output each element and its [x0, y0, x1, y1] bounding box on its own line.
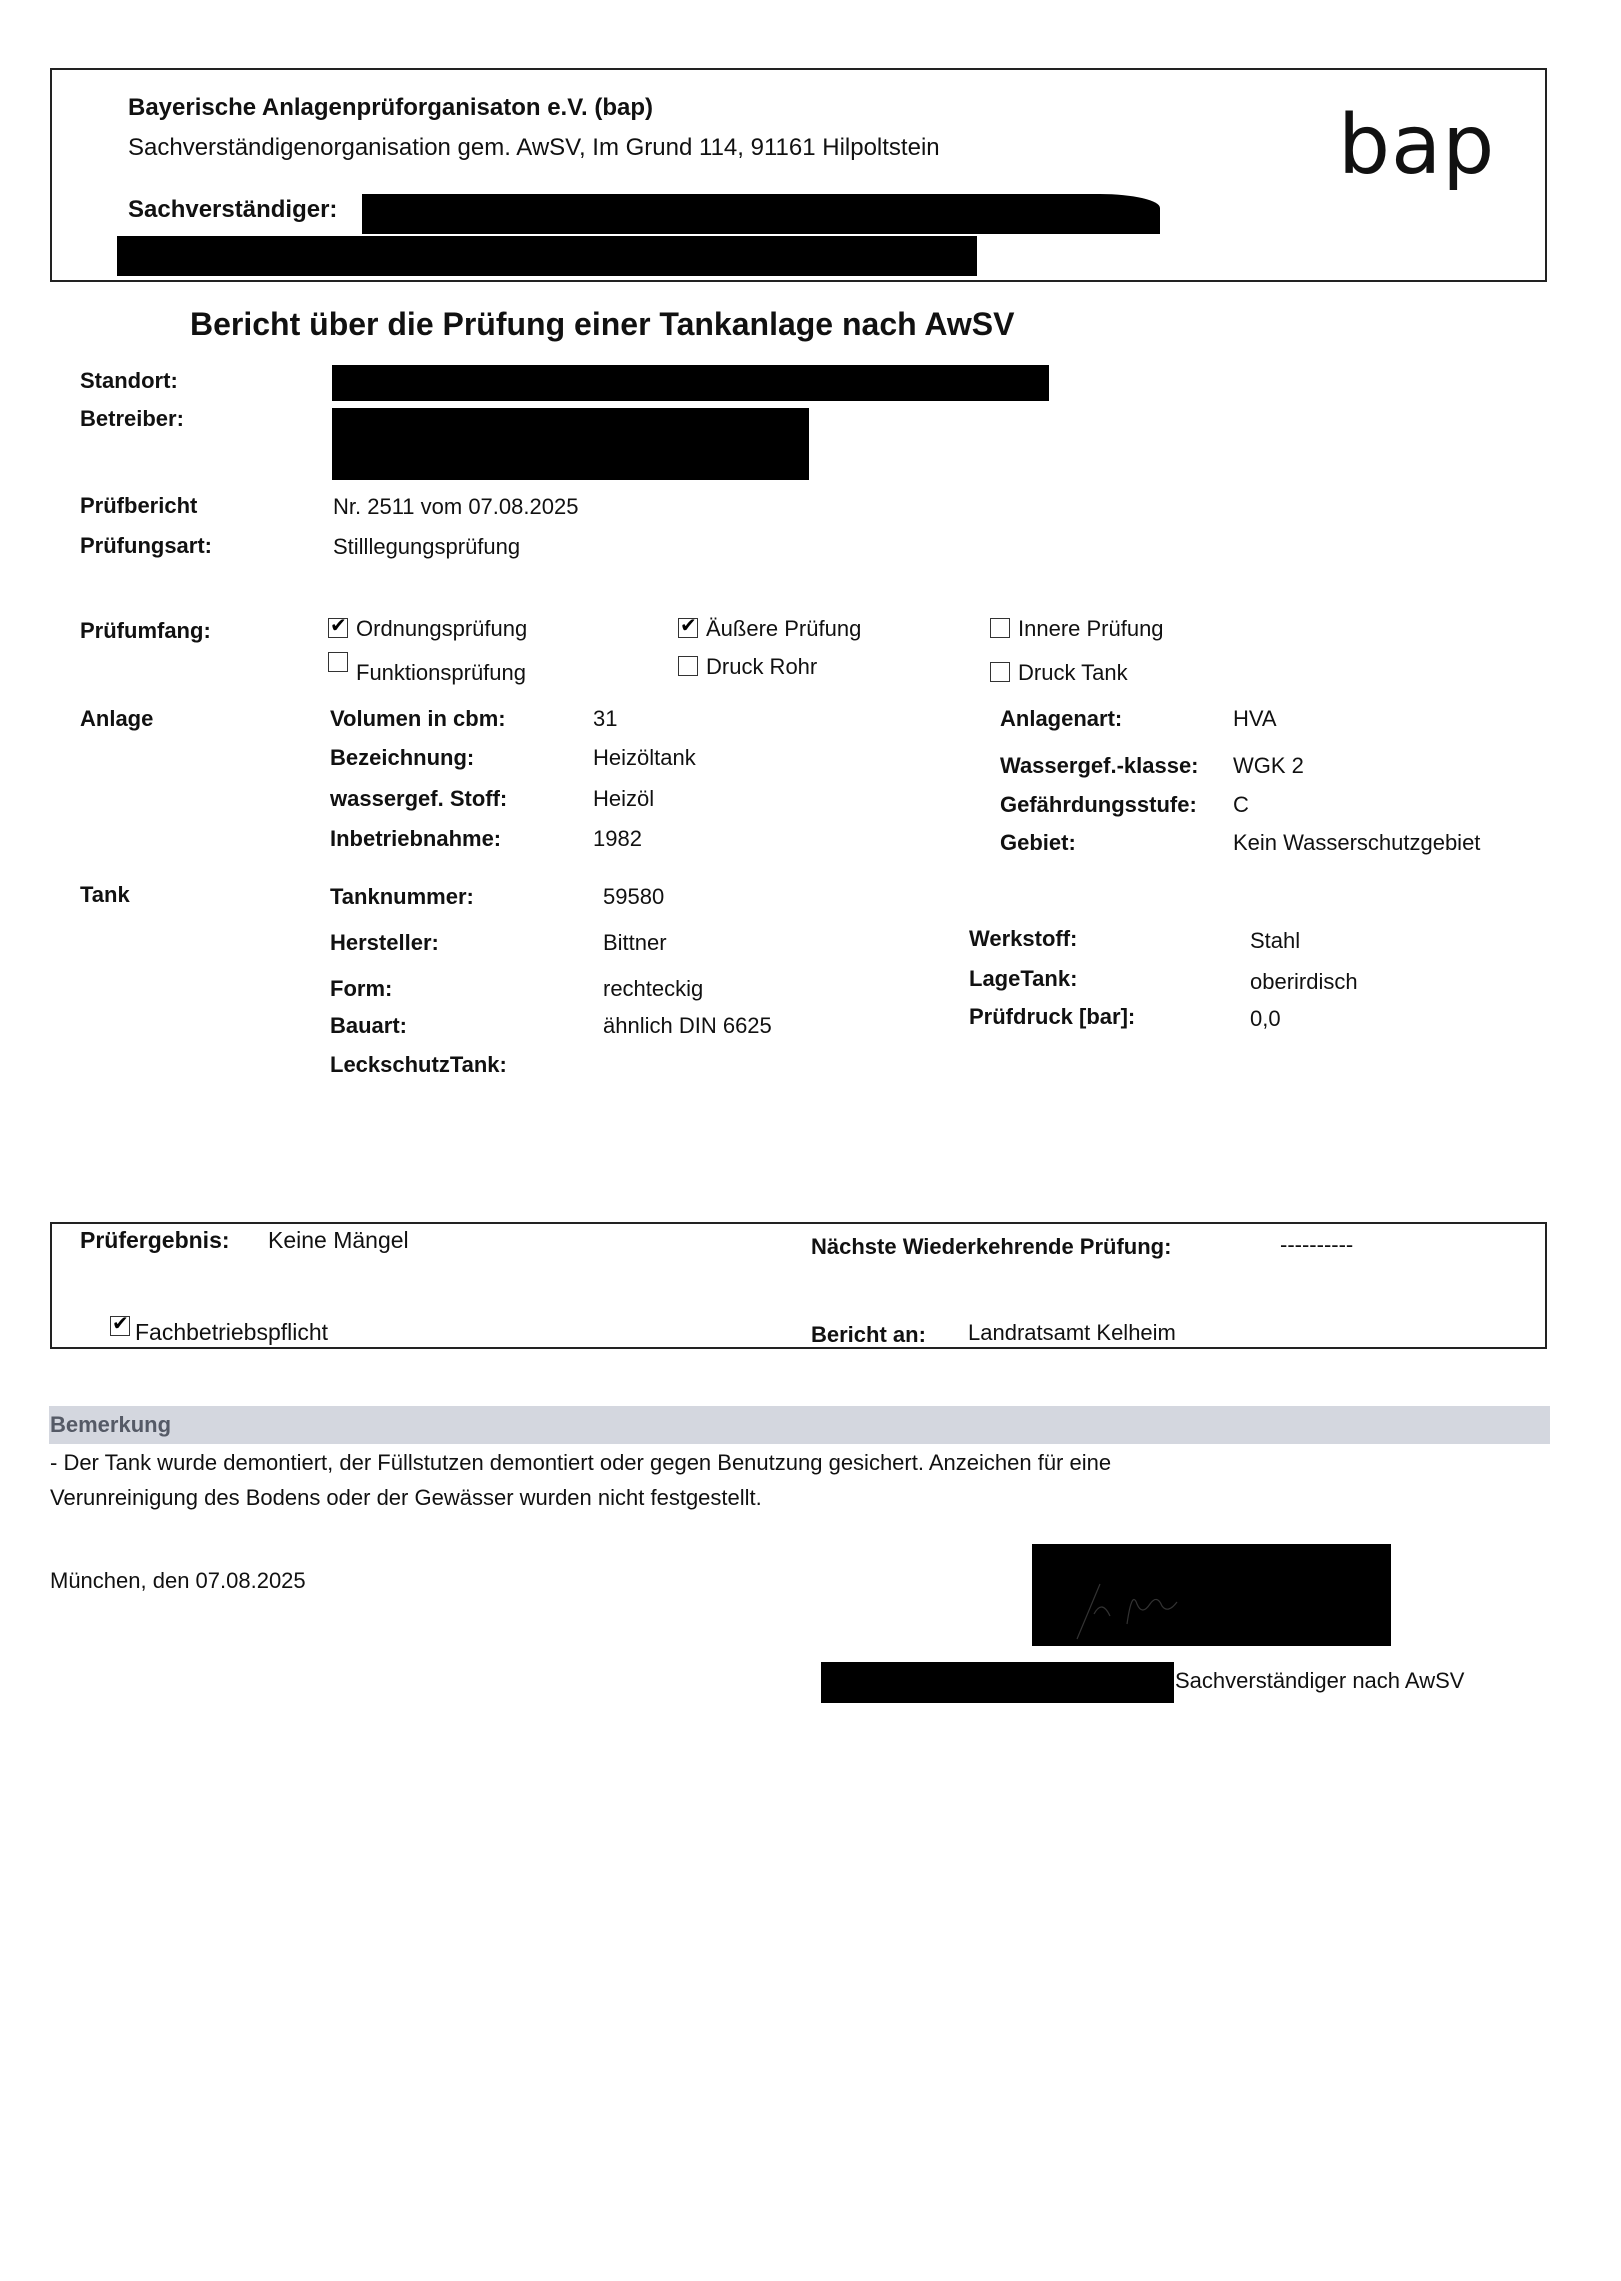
tank-field-value: 0,0: [1250, 1006, 1281, 1032]
anlage-field-label: Gebiet:: [1000, 830, 1076, 856]
result-label: Prüfergebnis:: [80, 1227, 230, 1254]
next-inspection-value: ----------: [1280, 1232, 1353, 1258]
scope-druck-tank[interactable]: Druck Tank: [990, 660, 1128, 686]
redacted-betreiber: [332, 408, 809, 480]
checkbox-unchecked-icon[interactable]: [990, 662, 1010, 682]
anlage-field-value: 31: [593, 706, 617, 732]
scope-item-label: Innere Prüfung: [1018, 616, 1164, 641]
tank-field-value: rechteckig: [603, 976, 703, 1002]
checkbox-unchecked-icon[interactable]: [678, 656, 698, 676]
scope-item-label: Äußere Prüfung: [706, 616, 861, 641]
tank-field-value: 59580: [603, 884, 664, 910]
tank-field-value: Bittner: [603, 930, 667, 956]
scope-item-label: Druck Tank: [1018, 660, 1128, 685]
remark-line-2: Verunreinigung des Bodens oder der Gewäs…: [50, 1485, 762, 1511]
org-subline: Sachverständigenorganisation gem. AwSV, …: [128, 134, 940, 162]
fachbetriebspflicht-label: Fachbetriebspflicht: [135, 1319, 328, 1345]
tank-section-label: Tank: [80, 882, 130, 908]
anlage-field-label: Inbetriebnahme:: [330, 826, 501, 852]
bap-logo: bap: [1338, 98, 1495, 193]
fachbetriebspflicht-checkbox[interactable]: Fachbetriebspflicht: [110, 1316, 328, 1346]
redacted-expert-address: [117, 236, 977, 276]
redacted-signature: [1032, 1544, 1391, 1646]
tank-field-label: LeckschutzTank:: [330, 1052, 507, 1078]
checkbox-checked-icon[interactable]: [328, 618, 348, 638]
scope-item-label: Ordnungsprüfung: [356, 616, 527, 641]
anlage-field-label: Gefährdungsstufe:: [1000, 792, 1197, 818]
pruefungsart-label: Prüfungsart:: [80, 533, 212, 559]
tank-field-value: Stahl: [1250, 928, 1300, 954]
pruefbericht-label: Prüfbericht: [80, 493, 197, 519]
scope-funktionspruefung[interactable]: Funktionsprüfung: [328, 652, 526, 686]
pruefungsart-value: Stilllegungsprüfung: [333, 534, 520, 560]
redacted-expert-name: [362, 194, 1160, 234]
scope-ordnungspruefung[interactable]: Ordnungsprüfung: [328, 616, 527, 642]
anlage-field-value: 1982: [593, 826, 642, 852]
scope-innere-pruefung[interactable]: Innere Prüfung: [990, 616, 1164, 642]
anlage-field-label: Wassergef.-klasse:: [1000, 753, 1199, 779]
anlage-field-value: Heizöltank: [593, 745, 696, 771]
place-date: München, den 07.08.2025: [50, 1568, 306, 1594]
report-to-label: Bericht an:: [811, 1322, 926, 1348]
tank-field-label: Bauart:: [330, 1013, 407, 1039]
checkbox-checked-icon[interactable]: [678, 618, 698, 638]
next-inspection-label: Nächste Wiederkehrende Prüfung:: [811, 1234, 1171, 1260]
scope-item-label: Druck Rohr: [706, 654, 817, 679]
anlage-field-label: wassergef. Stoff:: [330, 786, 507, 812]
anlage-field-label: Anlagenart:: [1000, 706, 1122, 732]
scope-item-label: Funktionsprüfung: [356, 660, 526, 685]
tank-field-label: LageTank:: [969, 966, 1077, 992]
standort-label: Standort:: [80, 368, 178, 394]
anlage-section-label: Anlage: [80, 706, 153, 732]
remark-heading: Bemerkung: [50, 1412, 171, 1438]
expert-label: Sachverständiger:: [128, 196, 337, 224]
anlage-field-value: Heizöl: [593, 786, 654, 812]
anlage-field-value: Kein Wasserschutzgebiet: [1233, 830, 1480, 856]
signer-title: Sachverständiger nach AwSV: [1175, 1668, 1464, 1694]
betreiber-label: Betreiber:: [80, 406, 184, 432]
redacted-signer-name: [821, 1662, 1174, 1703]
tank-field-label: Form:: [330, 976, 392, 1002]
remark-line-1: - Der Tank wurde demontiert, der Füllstu…: [50, 1450, 1111, 1476]
scope-label: Prüfumfang:: [80, 618, 211, 644]
tank-field-label: Prüfdruck [bar]:: [969, 1004, 1135, 1030]
anlage-field-label: Bezeichnung:: [330, 745, 474, 771]
redacted-standort: [332, 365, 1049, 401]
pruefbericht-value: Nr. 2511 vom 07.08.2025: [333, 494, 578, 520]
tank-field-label: Tanknummer:: [330, 884, 474, 910]
checkbox-checked-icon[interactable]: [110, 1316, 130, 1336]
page-title: Bericht über die Prüfung einer Tankanlag…: [190, 306, 1014, 343]
scope-aeussere-pruefung[interactable]: Äußere Prüfung: [678, 616, 861, 642]
org-name: Bayerische Anlagenprüforganisaton e.V. (…: [128, 94, 653, 122]
anlage-field-label: Volumen in cbm:: [330, 706, 506, 732]
tank-field-label: Werkstoff:: [969, 926, 1077, 952]
anlage-field-value: C: [1233, 792, 1249, 818]
tank-field-value: oberirdisch: [1250, 969, 1358, 995]
anlage-field-value: WGK 2: [1233, 753, 1304, 779]
remark-header-bar: [49, 1406, 1550, 1444]
scope-druck-rohr[interactable]: Druck Rohr: [678, 654, 817, 680]
tank-field-value: ähnlich DIN 6625: [603, 1013, 772, 1039]
report-to-value: Landratsamt Kelheim: [968, 1320, 1176, 1346]
checkbox-unchecked-icon[interactable]: [990, 618, 1010, 638]
result-value: Keine Mängel: [268, 1227, 409, 1254]
anlage-field-value: HVA: [1233, 706, 1277, 732]
tank-field-label: Hersteller:: [330, 930, 439, 956]
checkbox-unchecked-icon[interactable]: [328, 652, 348, 672]
signature-scribble-icon: [1032, 1544, 1391, 1646]
